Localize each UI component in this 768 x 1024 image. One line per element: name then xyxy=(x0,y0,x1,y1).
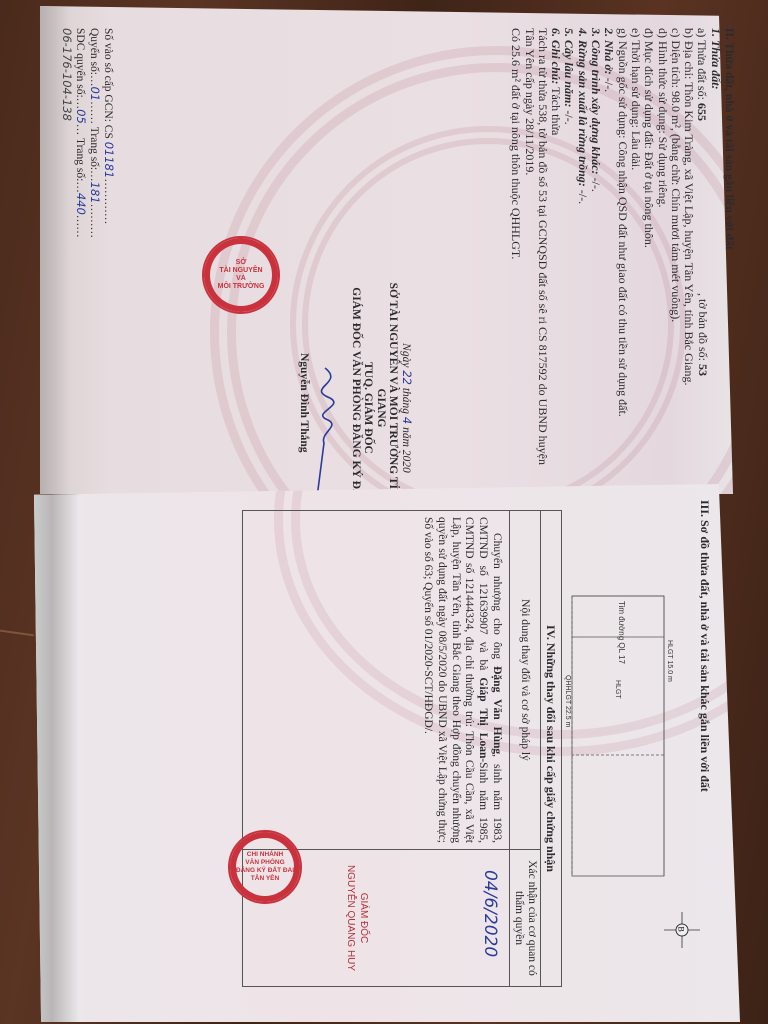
land-heading: 1. Thửa đất: xyxy=(708,28,721,498)
map-sheet-value: 53 xyxy=(696,364,710,376)
confirmation-header-text: Xác nhận của cơ quan có thẩm quyền xyxy=(512,850,538,986)
confirmation-date: 04/6/2020 xyxy=(480,870,500,957)
stamp-line: MÔI TRƯỜNG xyxy=(218,283,265,291)
other-construction-row: 3. Công trình xây dựng khác: -/-. xyxy=(589,28,602,498)
book-registry: Quyển số:…01…… Trang số:…181……… xyxy=(87,28,101,238)
stamp-line: TÂN YÊN xyxy=(236,875,294,883)
changes-column: Nội dung thay đổi và cơ sở pháp lý Chuyể… xyxy=(243,511,540,850)
table-grain xyxy=(0,630,34,637)
note-value: Tách thửa xyxy=(549,87,563,135)
perennial-row: 5. Cây lâu năm: -/-. xyxy=(562,28,575,498)
north-arrow-icon: B xyxy=(659,910,702,950)
perennial-value: -/-. xyxy=(562,110,576,124)
section-iv-title: IV. Những thay đổi sau khi cấp giấy chứn… xyxy=(540,511,561,986)
stamp-line: VĂN PHÒNG xyxy=(236,859,294,867)
section-iv-table: IV. Những thay đổi sau khi cấp giấy chứn… xyxy=(242,510,562,987)
co-buyer-name: Giáp Thị Loan xyxy=(477,677,489,758)
section-ii-content: II. Thửa đất, nhà ở và tài sản gắn liền … xyxy=(35,28,735,498)
date-prefix: Ngày xyxy=(400,343,412,367)
parcel-number-value: 655 xyxy=(695,103,709,121)
planning-width-label: QHHLGT 22.5 m xyxy=(564,675,571,728)
sdc-page-label: Trang số: xyxy=(74,138,86,181)
other-construction-value: -/-. xyxy=(589,178,603,192)
book-value: 01 xyxy=(88,86,102,101)
gcn-label: Số vào sổ cấp GCN: CS xyxy=(102,28,114,139)
changes-column-header: Nội dung thay đổi và cơ sở pháp lý xyxy=(509,511,540,849)
address: b) Địa chỉ: Thôn Kim Tràng, xã Việt Lập,… xyxy=(682,28,695,498)
usage-term: e) Thời hạn sử dụng: Lâu dài. xyxy=(629,28,642,498)
forest-label: 4. Rừng sản xuất là rừng trồng: xyxy=(576,28,590,187)
note-row: 6. Ghi chú: Tách thửa xyxy=(549,28,562,498)
sdc-label: SDC quyển số: xyxy=(74,28,86,98)
note-line-1: Tách ra từ thửa 538, tờ bản đồ số 53 tại… xyxy=(536,28,549,498)
date-month: 4 xyxy=(400,417,414,424)
stamp-line: CHI NHÁNH xyxy=(236,851,294,859)
change-text: Chuyển nhượng cho ông xyxy=(491,533,503,666)
stamp-line: ĐĂNG KÝ ĐẤT ĐAI xyxy=(236,867,294,875)
note-line-3: Có 25.6 m² đất ở tại nông thôn thuộc QHH… xyxy=(509,28,522,498)
handwritten-code: 06-176-104-138 xyxy=(60,28,73,238)
forest-row: 4. Rừng sản xuất là rừng trồng: -/-. xyxy=(575,28,588,498)
book-label: Quyển số: xyxy=(88,28,100,75)
date-month-label: tháng xyxy=(400,388,412,414)
map-sheet: , tờ bản đồ số: 53 xyxy=(696,293,709,376)
gcn-value: 01181 xyxy=(102,142,116,179)
forest-value: -/-. xyxy=(576,190,590,204)
sdc-registry: SDC quyển số:…05… Trang số:…440…… xyxy=(73,28,87,238)
corridor-width-label: HLGT 15.0 m xyxy=(666,640,673,682)
road-label: Tim đường QL 17 xyxy=(617,601,626,664)
usage-form: d) Hình thức sử dụng: Sử dụng riêng. xyxy=(655,28,668,498)
date-day: 22 xyxy=(400,370,414,385)
compass-letter: B xyxy=(677,927,686,932)
sdc-page-value: 440 xyxy=(74,193,88,215)
house-value: -/-. xyxy=(602,78,616,92)
registry-block: Số vào sổ cấp GCN: CS 01181………… Quyển số… xyxy=(60,28,115,238)
official-stamp-department: SỞ TÀI NGUYÊN VÀ MÔI TRƯỜNG xyxy=(202,236,280,314)
parcel-number-label: a) Thửa đất số: xyxy=(695,28,709,100)
other-construction-label: 3. Công trình xây dựng khác: xyxy=(589,28,603,175)
official-stamp-registration-office: CHI NHÁNH VĂN PHÒNG ĐĂNG KÝ ĐẤT ĐAI TÂN … xyxy=(228,830,302,904)
stamp-line: SỞ xyxy=(218,259,265,267)
area: c) Diện tích: 98.0 m², (bằng chữ: Chín m… xyxy=(669,28,682,498)
section-iii-iv-content: III. Sơ đồ thửa đất, nhà ở và tài sản kh… xyxy=(42,500,712,1010)
house-row: 2. Nhà ở: -/-. xyxy=(602,28,615,498)
official-signature-block: GIÁM ĐỐC NGUYỄN QUANG HUY xyxy=(344,850,370,986)
confirmation-column-header: Xác nhận của cơ quan có thẩm quyền xyxy=(509,850,540,986)
land-origin: g) Nguồn gốc sử dụng: Công nhận QSD đất … xyxy=(615,28,628,498)
page-value: 181 xyxy=(88,182,102,204)
section-ii-title: II. Thửa đất, nhà ở và tài sản gắn liền … xyxy=(722,28,735,498)
buyer-name: Đặng Văn Hùng xyxy=(491,666,503,754)
perennial-label: 5. Cây lâu năm: xyxy=(562,28,576,107)
date-year: năm 2020 xyxy=(400,427,412,473)
signer-name: Nguyễn Đình Thắng xyxy=(297,353,310,453)
official-position: GIÁM ĐỐC xyxy=(357,850,370,986)
official-name: NGUYỄN QUANG HUY xyxy=(344,850,357,986)
parcel-number: a) Thửa đất số: 655 xyxy=(695,28,708,498)
change-entry: Chuyển nhượng cho ông Đặng Văn Hùng, sin… xyxy=(414,511,509,849)
usage-purpose: đ) Mục đích sử dụng đất: Đất ở tại nông … xyxy=(642,28,655,498)
changes-header-text: Nội dung thay đổi và cơ sở pháp lý xyxy=(519,599,532,761)
stamp-line: TÀI NGUYÊN xyxy=(218,267,265,275)
sdc-value: 05 xyxy=(74,109,88,124)
corridor-label: HLGT xyxy=(614,680,621,699)
stamp-line: VÀ xyxy=(218,275,265,283)
gcn-registry: Số vào sổ cấp GCN: CS 01181………… xyxy=(101,28,115,238)
map-sheet-label: , tờ bản đồ số: xyxy=(696,293,710,361)
note-label: 6. Ghi chú: xyxy=(549,28,563,84)
note-line-2: Tân Yên cấp ngày 28/11/2019. xyxy=(522,28,535,498)
page-label: Trang số: xyxy=(88,127,100,170)
house-label: 2. Nhà ở: xyxy=(602,28,616,75)
